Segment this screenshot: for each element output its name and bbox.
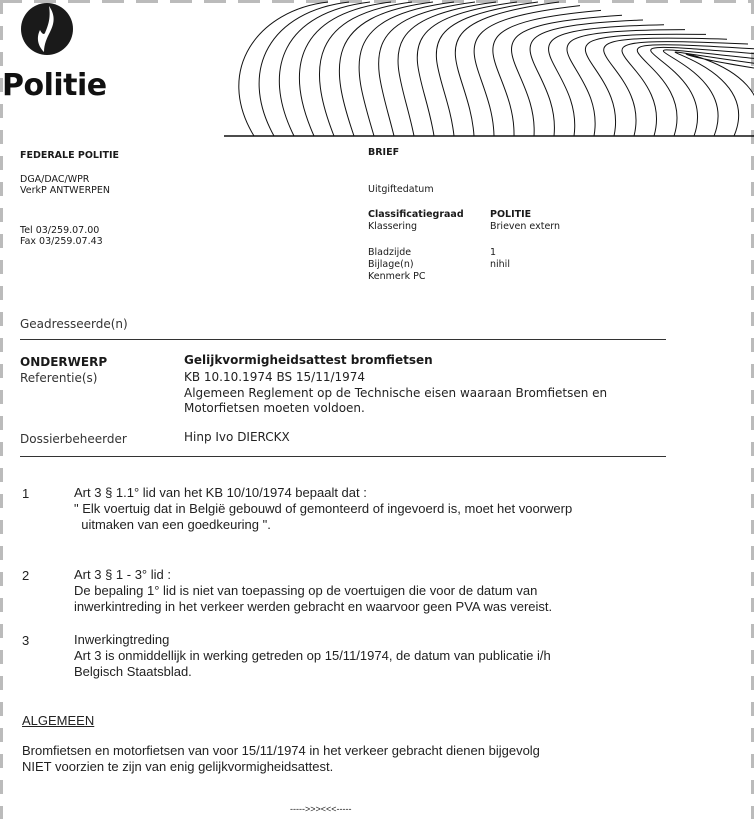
sender-contact: Tel 03/259.07.00 Fax 03/259.07.43 [20, 225, 103, 247]
issue-date-label: Uitgiftedatum [368, 184, 434, 195]
reference-pc-label: Kenmerk PC [368, 271, 426, 282]
general-text: Bromfietsen en motorfietsen van voor 15/… [22, 743, 540, 775]
sender-unit-line: DGA/DAC/WPR [20, 174, 110, 185]
sender-organisation: FEDERALE POLITIE [20, 150, 119, 161]
article-line: Art 3 is onmiddellijk in werking getrede… [74, 648, 551, 664]
filing-value: Brieven extern [490, 221, 560, 232]
reference-line: KB 10.10.1974 BS 15/11/1974 [184, 370, 607, 386]
sender-fax: Fax 03/259.07.43 [20, 236, 103, 247]
general-heading: ALGEMEEN [22, 713, 94, 729]
page-label: Bladzijde [368, 247, 411, 258]
classification-value: POLITIE [490, 209, 531, 220]
attachments-value: nihil [490, 259, 510, 270]
reference-lines: KB 10.10.1974 BS 15/11/1974 Algemeen Reg… [184, 370, 607, 417]
end-marker: ----->>><<<----- [290, 804, 352, 814]
subject-value: Gelijkvormigheidsattest bromfietsen [184, 353, 433, 367]
addressee-label: Geadresseerde(n) [20, 317, 128, 331]
wave-pattern-decoration [224, 0, 754, 138]
document-type: BRIEF [368, 147, 399, 158]
classification-label: Classificatiegraad [368, 209, 464, 220]
article-line: uitmaken van een goedkeuring ". [74, 517, 572, 533]
article-2: Art 3 § 1 - 3° lid : De bepaling 1° lid … [74, 567, 552, 615]
article-line: De bepaling 1° lid is niet van toepassin… [74, 583, 552, 599]
reference-line: Motorfietsen moeten voldoen. [184, 401, 607, 417]
article-number: 1 [22, 486, 29, 502]
article-line: inwerkintreding in het verkeer werden ge… [74, 599, 552, 615]
article-line: " Elk voertuig dat in België gebouwd of … [74, 501, 572, 517]
sender-unit-line: VerkP ANTWERPEN [20, 185, 110, 196]
page-value: 1 [490, 247, 496, 258]
general-line: Bromfietsen en motorfietsen van voor 15/… [22, 743, 540, 759]
divider [20, 456, 666, 457]
article-number: 3 [22, 633, 29, 649]
flame-grenade-icon [20, 2, 74, 56]
brand-name: Politie [2, 68, 107, 103]
handler-value: Hinp Ivo DIERCKX [184, 430, 290, 444]
subject-label: ONDERWERP [20, 355, 107, 369]
article-line: Belgisch Staatsblad. [74, 664, 551, 680]
filing-label: Klassering [368, 221, 417, 232]
article-line: Inwerkingtreding [74, 632, 551, 648]
handler-label: Dossierbeheerder [20, 432, 127, 446]
divider [20, 339, 666, 340]
general-line: NIET voorzien te zijn van enig gelijkvor… [22, 759, 540, 775]
reference-label: Referentie(s) [20, 371, 97, 385]
article-line: Art 3 § 1.1° lid van het KB 10/10/1974 b… [74, 485, 572, 501]
sender-unit: DGA/DAC/WPR VerkP ANTWERPEN [20, 174, 110, 196]
article-number: 2 [22, 568, 29, 584]
scan-edge-left [0, 0, 3, 819]
sender-phone: Tel 03/259.07.00 [20, 225, 103, 236]
article-1: Art 3 § 1.1° lid van het KB 10/10/1974 b… [74, 485, 572, 533]
article-3: Inwerkingtreding Art 3 is onmiddellijk i… [74, 632, 551, 680]
article-line: Art 3 § 1 - 3° lid : [74, 567, 552, 583]
reference-line: Algemeen Reglement op de Technische eise… [184, 386, 607, 402]
attachments-label: Bijlage(n) [368, 259, 414, 270]
